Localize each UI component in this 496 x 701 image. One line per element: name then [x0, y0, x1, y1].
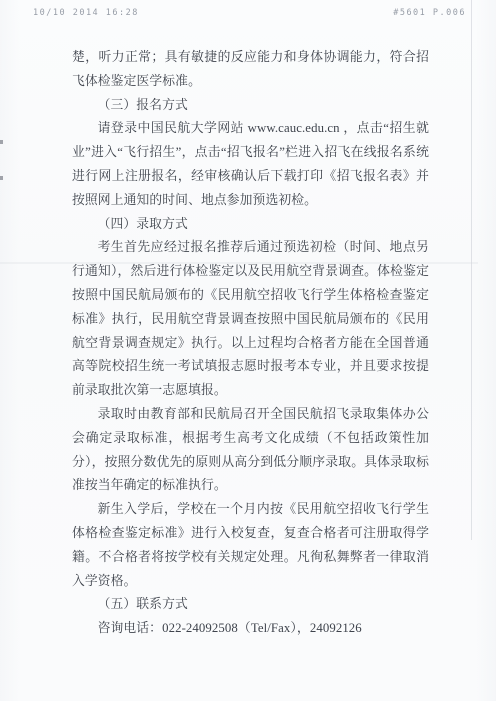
paragraph: 录取时由教育部和民航局召开全国民航招飞录取集体办公会确定录取标准，根据考生高考文…	[72, 403, 429, 498]
section-heading: （四）录取方式	[72, 213, 429, 237]
scan-artifact-left-mark	[0, 176, 3, 180]
fax-page-id: #5601 P.006	[393, 8, 466, 18]
fax-timestamp: 10/10 2014 16:28	[33, 8, 139, 18]
paragraph: 新生入学后，学校在一个月内按《民用航空招收飞行学生体格检查鉴定标准》进行入校复查…	[72, 498, 429, 593]
section-heading: （五）联系方式	[72, 593, 429, 617]
fax-page: 10/10 2014 16:28 #5601 P.006 楚，听力正常；具有敏捷…	[0, 0, 496, 701]
scan-artifact-left-mark	[0, 140, 3, 144]
section-heading: （三）报名方式	[72, 94, 429, 118]
paragraph: 咨询电话：022-24092508（Tel/Fax），24092126	[72, 617, 429, 641]
paragraph: 请登录中国民航大学网站 www.cauc.edu.cn ，点击“招生就业”进入“…	[72, 117, 429, 212]
scan-artifact-horizontal-streak	[0, 262, 478, 264]
paragraph: 楚，听力正常；具有敏捷的反应能力和身体协调能力，符合招飞体检鉴定医学标准。	[72, 46, 429, 94]
document-body: 楚，听力正常；具有敏捷的反应能力和身体协调能力，符合招飞体检鉴定医学标准。（三）…	[72, 46, 429, 641]
scan-artifact-right-edge-line	[471, 0, 472, 540]
fax-header: 10/10 2014 16:28 #5601 P.006	[0, 8, 496, 18]
